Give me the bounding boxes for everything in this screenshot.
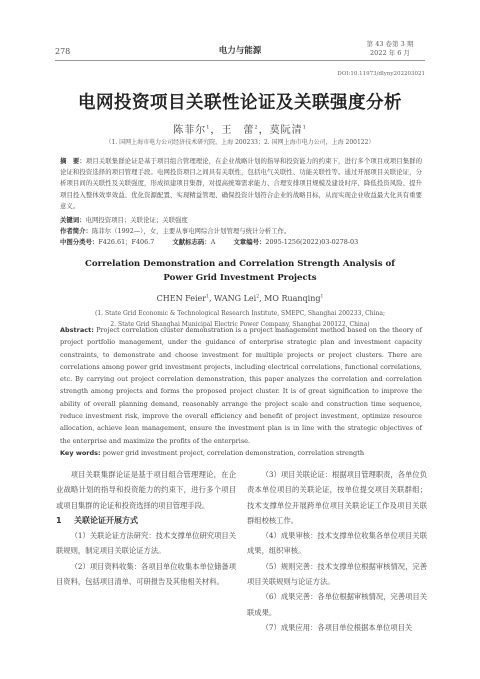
abstract-en-label: Abstract: — [60, 326, 94, 334]
title-en-line2: Power Grid Investment Projects — [0, 271, 480, 285]
issue-date: 2022 年 6 月 — [355, 49, 425, 58]
abstract-en: Abstract: Project correlation cluster de… — [60, 324, 422, 459]
article-no-label: 文章编号： — [233, 238, 265, 246]
author-name-en: MO Ruanqing — [264, 294, 320, 303]
keywords-cn-label: 关键词： — [60, 216, 86, 224]
keywords-en-text: power grid investment project, correlati… — [103, 449, 364, 457]
list-item: （5）规则完善：技术支撑单位根据审核情况，完善项目关联规则与论证方法。 — [247, 559, 427, 590]
volume-issue-text: 第 43 卷第 3 期 — [355, 40, 425, 49]
doi: DOI:10.11973/dlyny202203021 — [337, 71, 425, 77]
author-name: 莫阮清 — [270, 125, 303, 136]
authors-en: CHEN Feier1, WANG Lei2, MO Ruanqing1 — [0, 294, 480, 303]
abstract-cn-text: 项目关联集群论证是基于项目组合管理理论，在企业战略计划的指导和投资能力的约束下，… — [60, 157, 422, 210]
keywords-cn: 关键词：电网投资项目；关联论证；关联强度 — [60, 215, 422, 226]
author-name: 陈菲尔 — [173, 125, 206, 136]
list-item: （1）关联论证方法研究：技术支撑单位研究项目关联规则，制定项目关联论证方法。 — [56, 528, 236, 559]
author-sup: 1 — [303, 125, 307, 131]
author-name-en: CHEN Feier — [157, 294, 206, 303]
authors-cn: 陈菲尔1，王 蕾2，莫阮清1 — [0, 121, 480, 136]
title-en-line1: Correlation Demonstration and Correlatio… — [0, 257, 480, 271]
author-sup: 2 — [254, 125, 258, 131]
title-en: Correlation Demonstration and Correlatio… — [0, 257, 480, 285]
section-title: 关联论证开展方式 — [74, 516, 138, 525]
body-column-right: （3）项目关联论证：根据项目管理职责，各单位负责本单位项目的关联论证，按单位提交… — [247, 467, 427, 635]
keywords-en: Key words: power grid investment project… — [60, 447, 422, 459]
classification: 中图分类号：F426.61；F406.7 文献标志码：A 文章编号：2095-1… — [60, 237, 422, 248]
doc-code-value: A — [211, 238, 216, 246]
abstract-en-text: Project correlation cluster demonstratio… — [60, 326, 422, 445]
section-number: 1 — [56, 513, 74, 528]
author-name: 王 蕾 — [221, 125, 254, 136]
body-column-left: 项目关联集群论证是基于项目组合管理理论，在企业战略计划的指导和投资能力的约束下，… — [56, 467, 236, 589]
clc-value: F426.61；F406.7 — [98, 238, 154, 246]
keywords-cn-text: 电网投资项目；关联论证；关联强度 — [86, 216, 188, 224]
title-cn: 电网投资项目关联性论证及关联强度分析 — [0, 89, 480, 114]
author-bio-text: 陈菲尔（1992—），女，主要从事电网综合计划管理与统计分析工作。 — [92, 227, 290, 235]
author-sup-en: 1 — [321, 294, 324, 299]
list-item: （6）成果完善：各单位根据审核情况，完善项目关联成果。 — [247, 589, 427, 620]
author-sup-en: 2 — [256, 294, 259, 299]
keywords-en-label: Key words: — [60, 449, 101, 457]
abstract-cn-label: 摘 要： — [60, 157, 86, 165]
article-no-value: 2095-1256(2022)03-0278-03 — [265, 238, 358, 246]
abstract-cn: 摘 要：项目关联集群论证是基于项目组合管理理论，在企业战略计划的指导和投资能力的… — [60, 156, 422, 212]
doc-code-label: 文献标志码： — [172, 238, 210, 246]
author-bio: 作者简介：陈菲尔（1992—），女，主要从事电网综合计划管理与统计分析工作。 — [60, 226, 422, 237]
affiliation-en-line1: (1. State Grid Economic & Technological … — [0, 308, 480, 319]
clc-label: 中图分类号： — [60, 238, 98, 246]
author-bio-label: 作者简介： — [60, 227, 92, 235]
list-item: （2）项目资料收集：各项目单位收集本单位储备项目资料，包括项目清单、可研报告及其… — [56, 559, 236, 590]
volume-issue: 第 43 卷第 3 期 2022 年 6 月 — [355, 40, 425, 58]
author-sup-en: 1 — [206, 294, 209, 299]
affiliation-cn: （1. 国网上海市电力公司经济技术研究院，上海 200233；2. 国网上海市电… — [0, 137, 480, 146]
list-item: （4）成果审核：技术支撑单位收集各单位项目关联成果，组织审核。 — [247, 528, 427, 559]
intro-paragraph: 项目关联集群论证是基于项目组合管理理论，在企业战略计划的指导和投资能力的约束下，… — [56, 467, 236, 513]
author-sup: 1 — [206, 125, 210, 131]
header-rule — [55, 60, 425, 61]
section-heading: 1关联论证开展方式 — [56, 513, 236, 528]
list-item: （3）项目关联论证：根据项目管理职责，各单位负责本单位项目的关联论证，按单位提交… — [247, 467, 427, 528]
author-name-en: WANG Lei — [214, 294, 256, 303]
list-item: （7）成果应用：各项目单位根据本单位项目关 — [247, 620, 427, 635]
